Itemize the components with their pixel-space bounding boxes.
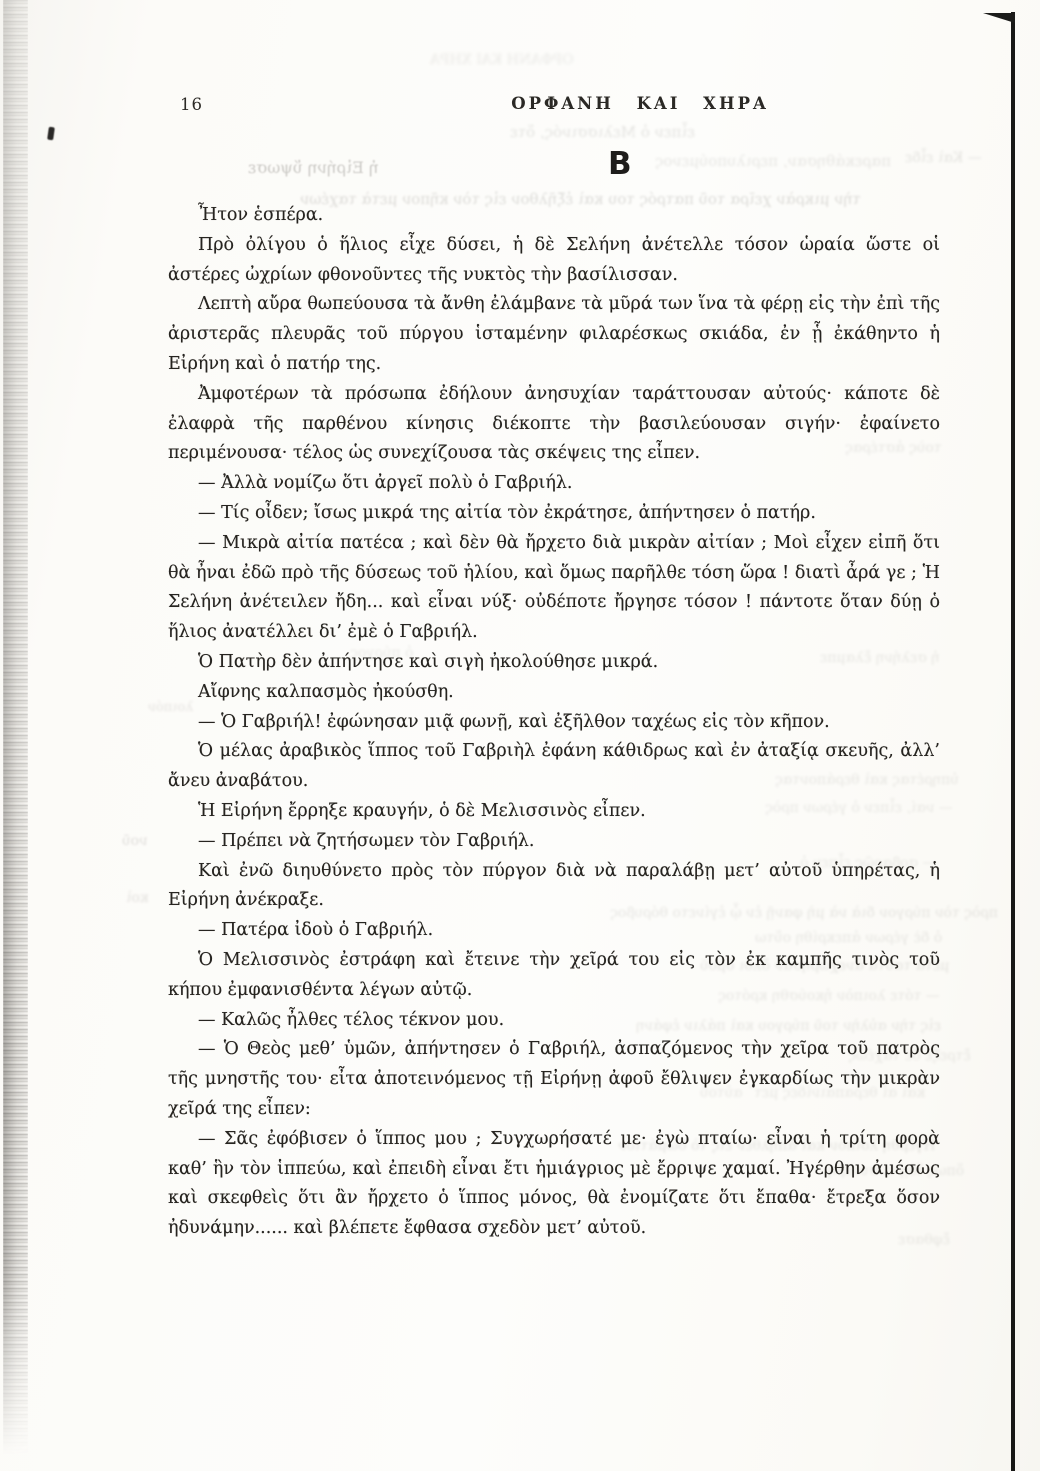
bleed-through-text: ΟΡΦΑΝΗ ΚΑΙ ΧΗΡΑ <box>430 52 574 68</box>
paragraph: Ὁ Πατὴρ δὲν ἀπήντησε καὶ σιγὴ ἠκολούθησε… <box>168 648 940 678</box>
paragraph: — Πατέρα ἰδοὺ ὁ Γαβριήλ. <box>168 916 940 946</box>
paragraph: Ἦτον ἑσπέρα. <box>168 201 940 231</box>
bleed-through-text: κοὶ <box>126 890 149 906</box>
paragraph: Ἀμφοτέρων τὰ πρόσωπα ἐδήλουν ἀνησυχίαν τ… <box>168 380 940 469</box>
paragraph: — Πρέπει νὰ ζητήσωμεν τὸν Γαβριήλ. <box>168 827 940 857</box>
bleed-through-text: νοῦ <box>122 833 147 849</box>
page-gutter-shadow <box>3 0 28 1455</box>
paragraph: Πρὸ ὀλίγου ὁ ἥλιος εἶχε δύσει, ἡ δὲ Σελή… <box>168 231 940 291</box>
bleed-through-text: παρεκάθησαν, περιλυπούμενος <box>655 152 891 170</box>
running-title: ΟΡΦΑΝΗ ΚΑΙ ΧΗΡΑ <box>240 94 1040 113</box>
paragraph: — Τίς οἶδεν; ἴσως μικρά της αἰτία τὸν ἐκ… <box>168 499 940 529</box>
text-column: Ἦτον ἑσπέρα.Πρὸ ὀλίγου ὁ ἥλιος εἶχε δύσε… <box>168 201 940 1244</box>
paragraph: Αἴφνης καλπασμὸς ἠκούσθη. <box>168 678 940 708</box>
bleed-through-text: ἡ Εἰρήνη ὕψωσε <box>248 158 379 177</box>
paragraph: — Ὁ Θεὸς μεθ’ ὑμῶν, ἀπήντησεν ὁ Γαβριήλ,… <box>168 1035 940 1124</box>
paragraph: Καὶ ἐνῶ διηυθύνετο πρὸς τὸν πύργον διὰ ν… <box>168 857 940 917</box>
page-number: 16 <box>180 95 203 114</box>
paragraph: — Ἀλλὰ νομίζω ὅτι ἀργεῖ πολὺ ὁ Γαβριήλ. <box>168 469 940 499</box>
bleed-through-text: — Καὶ εἶδε <box>905 150 982 166</box>
paragraph: Λεπτὴ αὔρα θωπεύουσα τὰ ἄνθη ἐλάμβανε τὰ… <box>168 290 940 379</box>
paragraph: Ὁ Μελισσινὸς ἐστράφη καὶ ἔτεινε τὴν χεῖρ… <box>168 946 940 1006</box>
paragraph: Ἡ Εἰρήνη ἔρρηξε κραυγήν, ὁ δὲ Μελισσινὸς… <box>168 797 940 827</box>
book-page-scan: ΟΡΦΑΝΗ ΚΑΙ ΧΗΡΑεἶπεν ὁ Μελισσινός, ὅτε— … <box>0 0 1040 1471</box>
section-letter: Β <box>608 146 632 182</box>
bleed-through-text: εἶπεν ὁ Μελισσινός, ὅτε <box>510 123 695 141</box>
paragraph: Ὁ μέλας ἀραβικὸς ἵππος τοῦ Γαβριὴλ ἐφάνη… <box>168 737 940 797</box>
paragraph: — Σᾶς ἐφόβισεν ὁ ἵππος μου ; Συγχωρήσατέ… <box>168 1125 940 1244</box>
page-edge-flare <box>983 13 1015 23</box>
page-edge-line <box>1011 12 1015 1471</box>
paragraph: — Ὁ Γαβριήλ! ἐφώνησαν μιᾷ φωνῇ, καὶ ἐξῆλ… <box>168 708 940 738</box>
ink-speck <box>47 127 55 141</box>
paragraph: — Καλῶς ἦλθες τέλος τέκνον μου. <box>168 1006 940 1036</box>
paragraph: — Μικρὰ αἰτία πατέϲα ; καὶ δὲν θὰ ἤρχετο… <box>168 529 940 648</box>
